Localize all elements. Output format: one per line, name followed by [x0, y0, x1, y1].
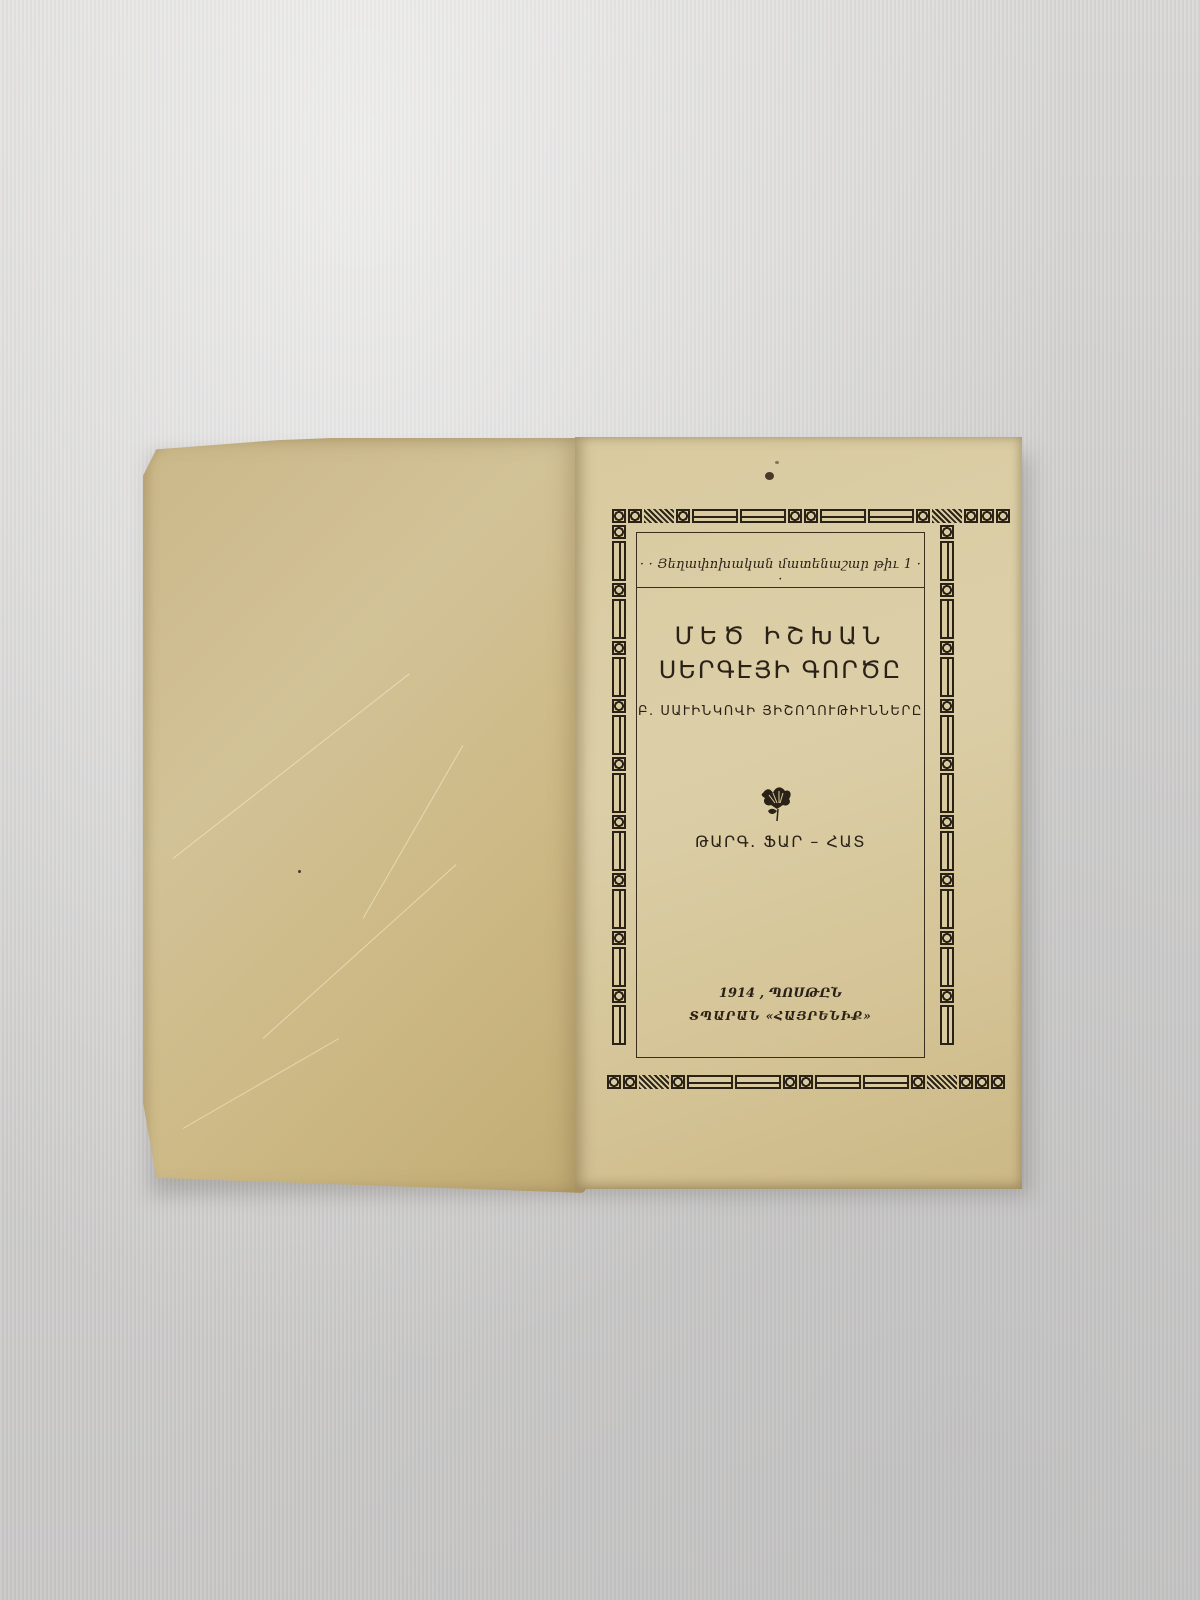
ornamental-border-right [940, 525, 954, 1045]
series-divider-rule [636, 587, 925, 588]
title-line-2: ՍԵՐԳԷՅԻ ԳՈՐԾԸ [636, 656, 925, 684]
series-label: · · Յեղափոխական մատենաշար թիւ 1 · · [636, 557, 925, 587]
paper-crease [363, 745, 464, 919]
ornamental-border-bottom [607, 1075, 1005, 1089]
ornamental-border-top [612, 509, 1010, 523]
flower-vignette-icon [759, 783, 795, 823]
ink-speck [298, 870, 301, 873]
ink-stain [775, 461, 779, 464]
open-booklet: · · Յեղափոխական մատենաշար թիւ 1 · · ՄԵԾ … [0, 0, 1200, 1600]
subtitle: Բ. ՍԱՒԻՆԿՈՎԻ ՅԻՇՈՂՈՒԹԻՒՆՆԵՐԸ [636, 704, 925, 719]
imprint-year-place: 1914 , ՊՈՍԹԸՆ [636, 986, 925, 1001]
ornamental-border-left [612, 525, 626, 1045]
paper-crease [173, 673, 410, 858]
imprint-printer: ՏՊԱՐԱՆ «ՀԱՅՐԵՆԻՔ» [636, 1009, 925, 1023]
title-line-1: ՄԵԾ ԻՇԽԱՆ [636, 622, 925, 650]
paper-crease [183, 1038, 339, 1129]
paper-crease [263, 864, 457, 1039]
left-endpaper [143, 438, 586, 1193]
translator-credit: ԹԱՐԳ. ՖԱՐ – ՀԱՏ [636, 832, 925, 851]
ink-stain [765, 472, 774, 480]
